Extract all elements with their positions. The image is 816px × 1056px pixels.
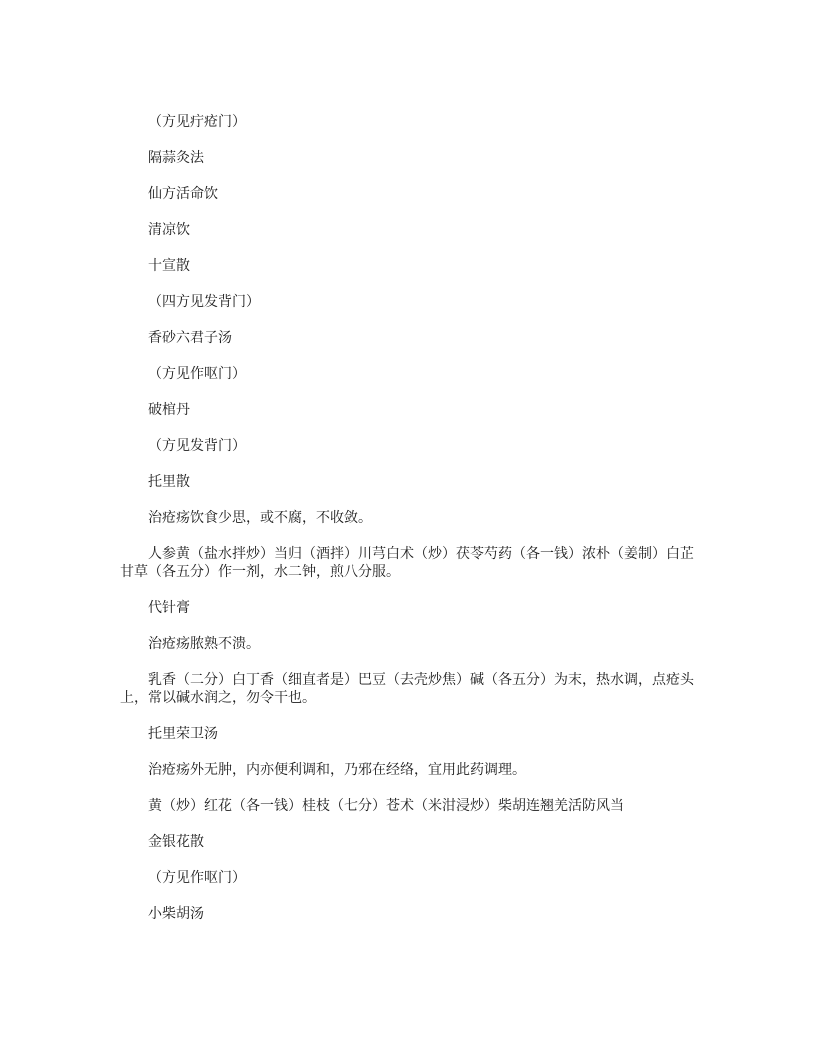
formula-title: 香砂六君子汤 bbox=[120, 329, 696, 347]
formula-title: 托里荣卫汤 bbox=[120, 725, 696, 743]
indication-text: 治疮疡外无肿，内亦便利调和，乃邪在经络，宜用此药调理。 bbox=[120, 761, 696, 779]
ingredients-text: 人参黄（盐水拌炒）当归（酒拌）川芎白术（炒）茯苓芍药（各一钱）浓朴（姜制）白芷甘… bbox=[120, 545, 696, 581]
formula-title: 仙方活命饮 bbox=[120, 185, 696, 203]
formula-title: 隔蒜灸法 bbox=[120, 149, 696, 167]
formula-title: 十宣散 bbox=[120, 257, 696, 275]
cross-reference-note: （四方见发背门） bbox=[120, 293, 696, 311]
cross-reference-note: （方见作呕门） bbox=[120, 869, 696, 887]
formula-title: 小柴胡汤 bbox=[120, 905, 696, 923]
cross-reference-note: （方见发背门） bbox=[120, 437, 696, 455]
cross-reference-note: （方见疔疮门） bbox=[120, 113, 696, 131]
formula-title: 代针膏 bbox=[120, 599, 696, 617]
ingredients-text: 黄（炒）红花（各一钱）桂枝（七分）苍术（米泔浸炒）柴胡连翘羌活防风当 bbox=[120, 797, 696, 815]
indication-text: 治疮疡脓熟不溃。 bbox=[120, 635, 696, 653]
formula-title: 金银花散 bbox=[120, 833, 696, 851]
formula-title: 托里散 bbox=[120, 473, 696, 491]
cross-reference-note: （方见作呕门） bbox=[120, 365, 696, 383]
formula-title: 破棺丹 bbox=[120, 401, 696, 419]
ingredients-text: 乳香（二分）白丁香（细直者是）巴豆（去壳炒焦）碱（各五分）为末，热水调，点疮头上… bbox=[120, 671, 696, 707]
document-page: （方见疔疮门） 隔蒜灸法 仙方活命饮 清凉饮 十宣散 （四方见发背门） 香砂六君… bbox=[120, 113, 696, 941]
formula-title: 清凉饮 bbox=[120, 221, 696, 239]
indication-text: 治疮疡饮食少思，或不腐，不收敛。 bbox=[120, 509, 696, 527]
